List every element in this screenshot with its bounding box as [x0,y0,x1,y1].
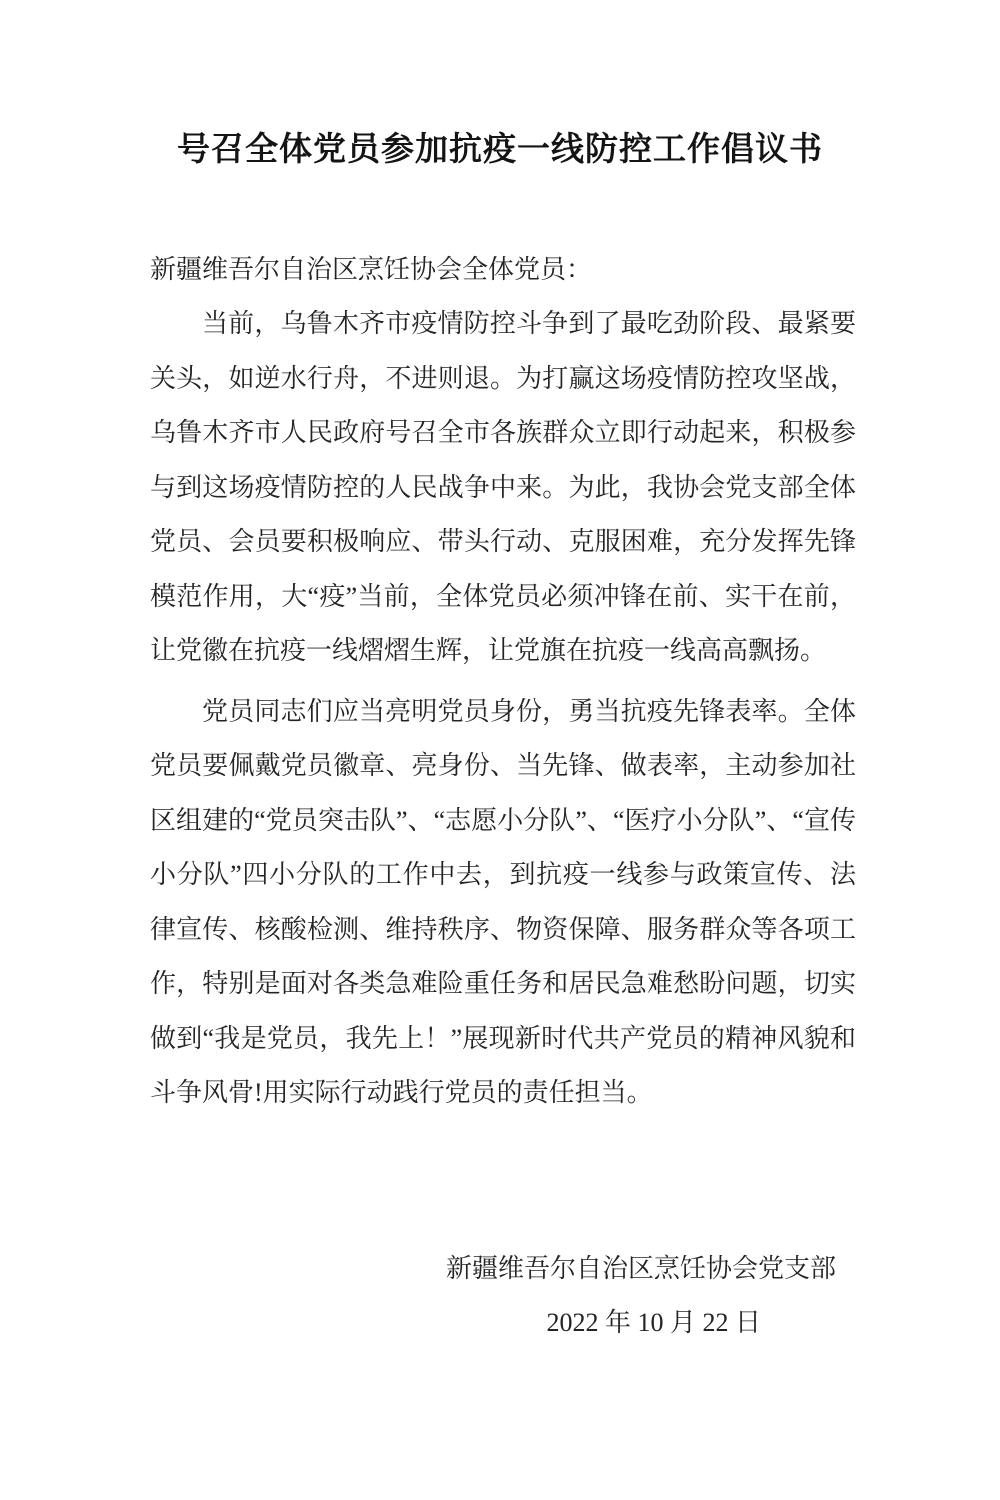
salutation: 新疆维吾尔自治区烹饪协会全体党员： [150,243,856,298]
signature-line: 新疆维吾尔自治区烹饪协会党支部 [150,1242,856,1297]
document-page: 号召全体党员参加抗疫一线防控工作倡议书 新疆维吾尔自治区烹饪协会全体党员： 当前… [0,0,1000,1500]
body-paragraph-1: 当前，乌鲁木齐市疫情防控斗争到了最吃劲阶段、最紧要关头，如逆水行舟，不进则退。为… [150,297,856,679]
body-paragraph-2: 党员同志们应当亮明党员身份，勇当抗疫先锋表率。全体党员要佩戴党员徽章、亮身份、当… [150,685,856,1121]
date-line: 2022 年 10 月 22 日 [150,1296,856,1351]
document-title: 号召全体党员参加抗疫一线防控工作倡议书 [0,0,1000,171]
document-body: 新疆维吾尔自治区烹饪协会全体党员： 当前，乌鲁木齐市疫情防控斗争到了最吃劲阶段、… [150,243,856,1351]
